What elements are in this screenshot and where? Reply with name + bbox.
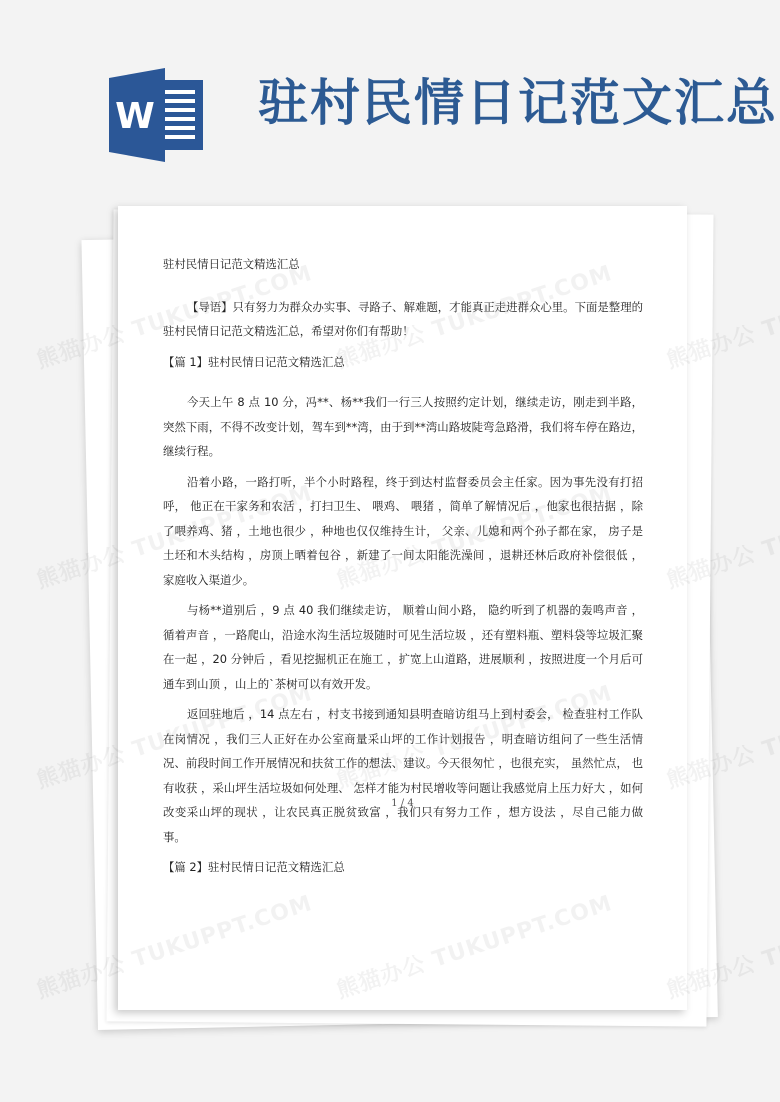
header: W 驻村民情日记范文汇总 — [0, 0, 780, 200]
page-content: 驻村民情日记范文精选汇总 【导语】只有努力为群众办实事、寻路子、解难题，才能真正… — [163, 252, 643, 886]
body-paragraph: 与杨**道别后 ，9 点 40 我们继续走访， 顺着山间小路， 隐约听到了机器的… — [163, 598, 643, 696]
intro-paragraph: 【导语】只有努力为群众办实事、寻路子、解难题，才能真正走进群众心里。下面是整理的… — [163, 295, 643, 344]
svg-text:W: W — [115, 96, 155, 137]
document-heading: 驻村民情日记范文精选汇总 — [163, 252, 643, 277]
document-page: 驻村民情日记范文精选汇总 【导语】只有努力为群众办实事、寻路子、解难题，才能真正… — [118, 206, 687, 1010]
section-title: 【篇 1】驻村民情日记范文精选汇总 — [163, 350, 643, 375]
word-document-icon: W — [109, 68, 209, 162]
document-title: 驻村民情日记范文汇总 — [258, 78, 778, 128]
page-indicator: 1 / 4 — [118, 798, 687, 809]
body-paragraph: 沿着小路，一路打听，半个小时路程，终于到达村监督委员会主任家。因为事先没有打招呼… — [163, 470, 643, 593]
body-paragraph: 今天上午 8 点 10 分，冯**、杨**我们一行三人按照约定计划，继续走访，刚… — [163, 390, 643, 464]
section-title: 【篇 2】驻村民情日记范文精选汇总 — [163, 855, 643, 880]
body-paragraph: 返回驻地后 ，14 点左右 ，村支书接到通知县明查暗访组马上到村委会， 检查驻村… — [163, 702, 643, 849]
